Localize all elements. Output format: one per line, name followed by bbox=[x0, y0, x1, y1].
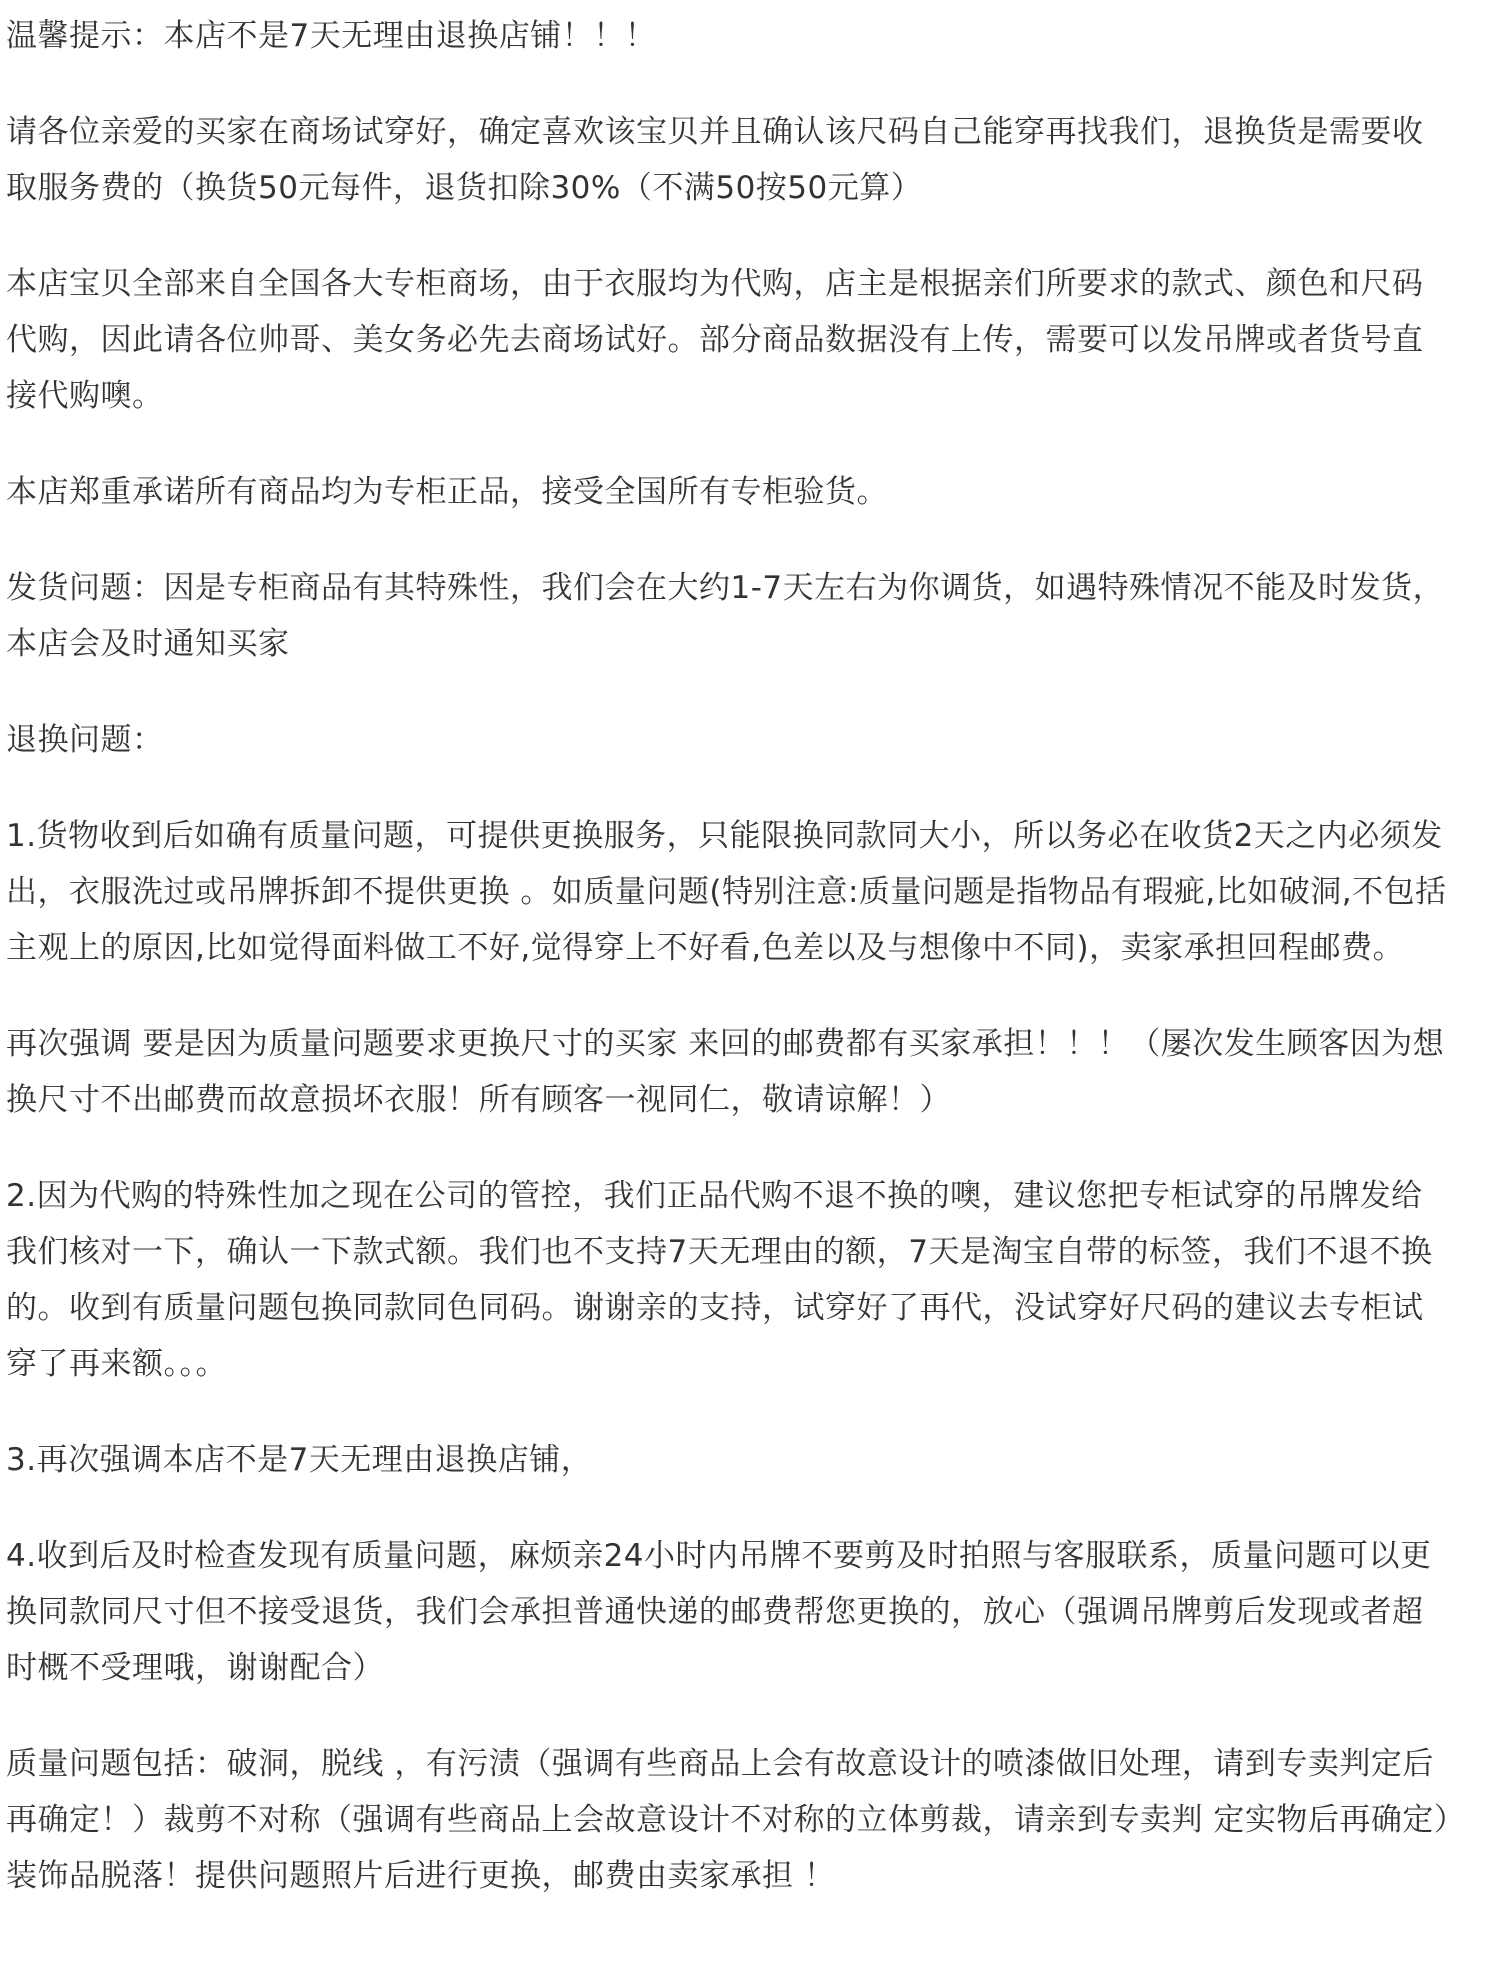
notice-paragraph-rule-4: 4.收到后及时检查发现有质量问题，麻烦亲24小时内吊牌不要剪及时拍照与客服联系，… bbox=[6, 1528, 1452, 1696]
notice-paragraph-quality-definition: 质量问题包括：破洞，脱线 ，有污渍（强调有些商品上会有故意设计的喷漆做旧处理，请… bbox=[6, 1736, 1452, 1904]
notice-paragraph-return-heading: 退换问题： bbox=[6, 712, 1452, 768]
notice-paragraph-shipping: 发货问题：因是专柜商品有其特殊性，我们会在大约1-7天左右为你调货，如遇特殊情况… bbox=[6, 560, 1452, 672]
notice-paragraph-rule-3: 3.再次强调本店不是7天无理由退换店铺， bbox=[6, 1432, 1452, 1488]
notice-paragraph-authenticity: 本店郑重承诺所有商品均为专柜正品，接受全国所有专柜验货。 bbox=[6, 464, 1452, 520]
seller-notice-document: 温馨提示：本店不是7天无理由退换店铺！！！ 请各位亲爱的买家在商场试穿好，确定喜… bbox=[0, 0, 1452, 1904]
notice-paragraph-postage-emphasis: 再次强调 要是因为质量问题要求更换尺寸的买家 来回的邮费都有买家承担！！！（屡次… bbox=[6, 1016, 1452, 1128]
notice-paragraph-rule-1: 1.货物收到后如确有质量问题，可提供更换服务，只能限换同款同大小，所以务必在收货… bbox=[6, 808, 1452, 976]
notice-paragraph-warm-tip: 温馨提示：本店不是7天无理由退换店铺！！！ bbox=[6, 8, 1452, 64]
notice-paragraph-try-on-fee: 请各位亲爱的买家在商场试穿好，确定喜欢该宝贝并且确认该尺码自己能穿再找我们，退换… bbox=[6, 104, 1452, 216]
notice-paragraph-daigou-source: 本店宝贝全部来自全国各大专柜商场，由于衣服均为代购，店主是根据亲们所要求的款式、… bbox=[6, 256, 1452, 424]
notice-paragraph-rule-2: 2.因为代购的特殊性加之现在公司的管控，我们正品代购不退不换的噢，建议您把专柜试… bbox=[6, 1168, 1452, 1392]
